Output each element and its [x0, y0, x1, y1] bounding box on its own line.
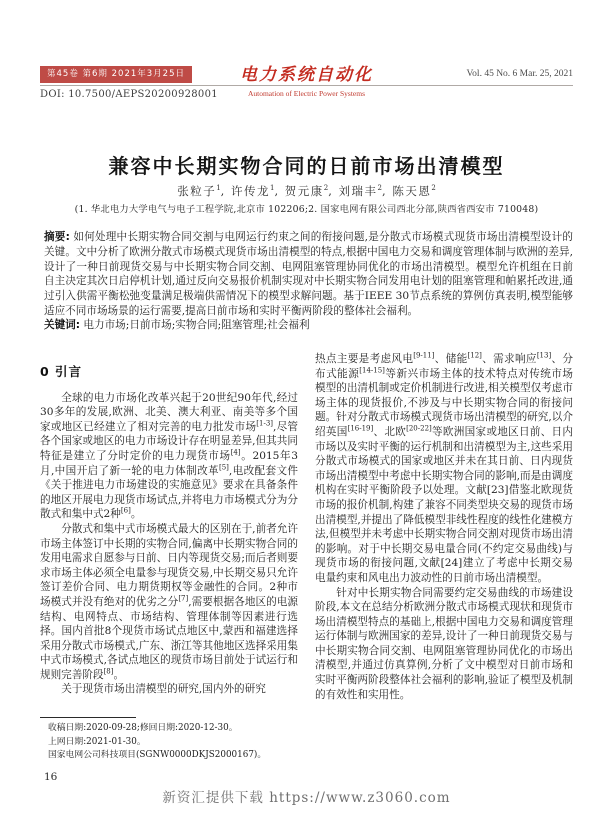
- left-paragraph-3: 关于现货市场出清模型的研究,国内外的研究: [40, 682, 298, 697]
- left-paragraph-2: 分散式和集中式市场模式最大的区别在于,前者允许市场主体签订中长期的实物合同,偏离…: [40, 522, 298, 683]
- journal-logo-en: Automation of Electric Power Systems: [239, 89, 374, 99]
- right-paragraph-2: 针对中长期实物合同需要约定交易曲线的市场建设阶段,本文在总结分析欧洲分散式市场模…: [315, 586, 573, 703]
- footnote-rule: [40, 717, 136, 718]
- abstract-label: 摘要:: [44, 231, 70, 243]
- keywords-block: 关键词: 电力市场;日前市场;实物合同;阻塞管理;社会福利: [44, 318, 573, 333]
- volume-info: Vol. 45 No. 6 Mar. 25, 2021: [467, 69, 573, 79]
- affiliation-line: (1. 华北电力大学电气与电子工程学院,北京市 102206;2. 国家电网有限…: [40, 201, 573, 215]
- abstract-block: 摘要: 如何处理中长期实物合同交割与电网运行约束之间的衔接问题,是分散式市场模式…: [44, 230, 573, 319]
- abstract-text: 如何处理中长期实物合同交割与电网运行约束之间的衔接问题,是分散式市场模式现货市场…: [44, 231, 573, 317]
- footnote-block: 收稿日期:2020-09-28;修回日期:2020-12-30。 上网日期:20…: [40, 717, 284, 763]
- footnote-online-date: 上网日期:2021-01-30。: [40, 736, 284, 750]
- journal-logo-en-wrap: Automation of Electric Power Systems: [0, 81, 613, 100]
- author-line: 张粒子1, 许传龙1, 贺元康2, 刘瑞丰2, 陈天恩2: [40, 183, 573, 199]
- download-watermark: 新资汇提供下载 https://www.z3060.com: [0, 786, 613, 806]
- article-title: 兼容中长期实物合同的日前市场出清模型: [40, 150, 573, 179]
- left-column: 0 引言 全球的电力市场化改革兴起于20世纪90年代,经过30多年的发展,欧洲、…: [40, 352, 298, 792]
- paper-page: 第45卷 第6期 2021年3月25日 DOI: 10.7500/AEPS202…: [0, 0, 613, 825]
- footnote-funding: 国家电网公司科技项目(SGNW0000DKJS2000167)。: [40, 749, 284, 763]
- page-number: 16: [44, 770, 57, 785]
- keywords-text: 电力市场;日前市场;实物合同;阻塞管理;社会福利: [83, 319, 309, 331]
- section-0-heading: 0 引言: [40, 365, 298, 380]
- two-column-body: 0 引言 全球的电力市场化改革兴起于20世纪90年代,经过30多年的发展,欧洲、…: [40, 352, 573, 792]
- right-paragraph-1: 热点主要是考虑风电[9-11]、储能[12]、需求响应[13]、分布式能源[14…: [315, 352, 573, 586]
- journal-header: 第45卷 第6期 2021年3月25日 DOI: 10.7500/AEPS202…: [0, 0, 613, 108]
- keywords-label: 关键词:: [44, 319, 80, 331]
- left-paragraph-1: 全球的电力市场化改革兴起于20世纪90年代,经过30多年的发展,欧洲、北美、澳大…: [40, 391, 298, 522]
- footnote-dates: 收稿日期:2020-09-28;修回日期:2020-12-30。: [40, 722, 284, 736]
- right-column: 热点主要是考虑风电[9-11]、储能[12]、需求响应[13]、分布式能源[14…: [315, 352, 573, 792]
